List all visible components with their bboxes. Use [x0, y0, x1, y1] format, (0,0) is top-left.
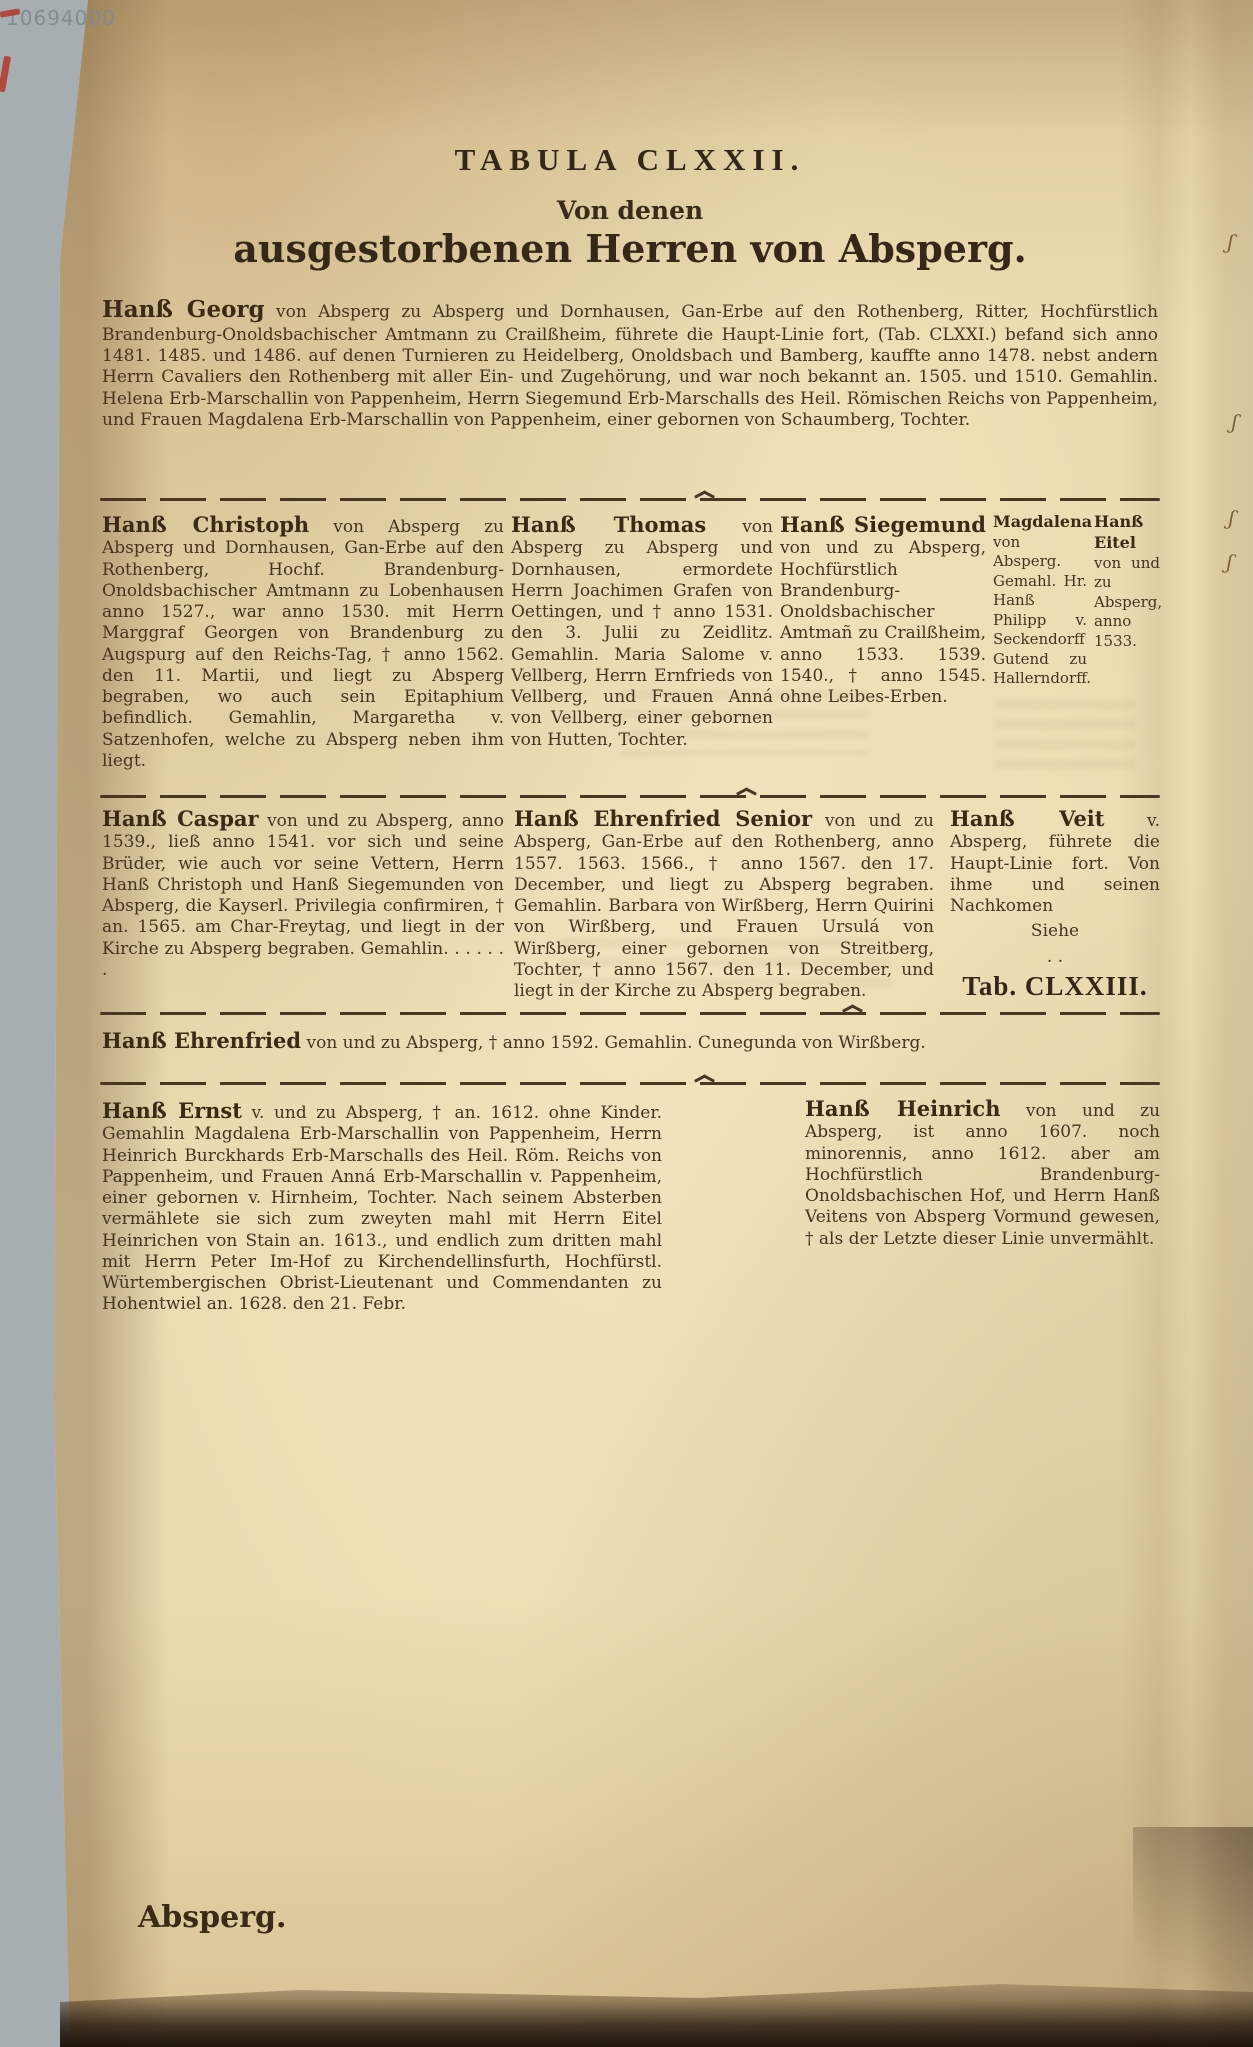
- table-reference: Tab. CLXXIII.: [950, 970, 1160, 1004]
- person-description: von und zu Absperg, Gan-Erbe auf den Rot…: [514, 811, 934, 1001]
- person-name: Hanß Caspar: [102, 806, 259, 831]
- person-name: Hanß Siegemund: [780, 512, 986, 537]
- person-name: Hanß Thomas: [511, 512, 706, 537]
- handwritten-margin-mark: ʃ: [1225, 550, 1234, 575]
- person-name: Hanß Ehrenfried Senior: [514, 806, 812, 831]
- genealogy-entry: Hanß Siegemund von und zu Absperg, Hochf…: [780, 512, 986, 772]
- genealogy-entry: Hanß Thomas von Absperg zu Absperg und D…: [511, 512, 773, 772]
- catchword: Absperg.: [138, 1900, 286, 1935]
- generation-row-1: Hanß Christoph von Absperg zu Absperg un…: [102, 512, 1160, 772]
- genealogy-entry: Hanß Eitel von und zu Absperg, anno 1533…: [1094, 512, 1160, 772]
- person-name: Magdalena: [993, 512, 1092, 531]
- person-name: Hanß Veit: [950, 806, 1105, 831]
- person-description: von und zu Absperg, anno 1539., ließ ann…: [102, 811, 504, 980]
- person-description: von Absperg zu Absperg und Dornhausen, G…: [102, 517, 504, 771]
- genealogy-entry: Magdalena von Absperg. Gemahl. Hr. Hanß …: [993, 512, 1087, 772]
- section-divider: [100, 498, 1160, 501]
- brace-caret-icon: [694, 489, 714, 499]
- page-title: TABULA CLXXII.: [102, 142, 1158, 178]
- generation-row-3: Hanß Ehrenfried von und zu Absperg, † an…: [102, 1028, 1160, 1054]
- person-name: Hanß Christoph: [102, 512, 309, 537]
- person-description: von Absperg zu Absperg und Dornhausen, e…: [511, 517, 773, 750]
- genealogy-entry: Hanß Christoph von Absperg zu Absperg un…: [102, 512, 504, 772]
- person-description: von und zu Absperg, anno 1533.: [1094, 554, 1162, 650]
- handwritten-margin-mark: ʃ: [1230, 410, 1239, 435]
- red-edge-mark: [0, 56, 11, 93]
- person-description: v. und zu Absperg, † an. 1612. ohne Kind…: [102, 1103, 662, 1314]
- generation-row-2: Hanß Caspar von und zu Absperg, anno 153…: [102, 806, 1160, 1004]
- intro-paragraph: Hanß Georg von Absperg zu Absperg und Do…: [102, 296, 1158, 431]
- section-divider: [100, 1012, 1160, 1015]
- section-divider: [100, 795, 1160, 798]
- brace-caret-icon: [694, 1073, 714, 1083]
- genealogy-entry: Hanß Heinrich von und zu Absperg, ist an…: [805, 1096, 1160, 1250]
- person-name: Hanß Ehrenfried: [102, 1028, 301, 1053]
- brace-caret-icon: [736, 786, 756, 796]
- reference-dots: . .: [950, 947, 1160, 968]
- handwritten-margin-mark: ʃ: [1226, 230, 1235, 255]
- page-heading: ausgestorbenen Herren von Absperg.: [102, 226, 1158, 271]
- person-description: von und zu Absperg, Hochfürstlich Brande…: [780, 538, 986, 707]
- paper-sheet: TABULA CLXXII. Von denen ausgestorbenen …: [0, 0, 1253, 2047]
- see-reference-label: Siehe: [950, 921, 1160, 942]
- genealogy-entry: Hanß Veit v. Absperg, führete die Haupt-…: [950, 806, 1160, 1004]
- section-divider: [100, 1082, 1160, 1085]
- person-name: Hanß Ernst: [102, 1098, 242, 1123]
- watermark-number: 10694000: [6, 6, 116, 30]
- person-description: von und zu Absperg, ist anno 1607. noch …: [805, 1101, 1160, 1249]
- person-name: Hanß Eitel: [1094, 512, 1143, 552]
- scanned-page: 10694000 TABULA CLXXII. Von denen ausges…: [0, 0, 1253, 2047]
- person-description: von und zu Absperg, † anno 1592. Gemahli…: [306, 1033, 925, 1053]
- person-description: von Absperg. Gemahl. Hr. Hanß Philipp v.…: [993, 533, 1091, 688]
- genealogy-entry: Hanß Caspar von und zu Absperg, anno 153…: [102, 806, 504, 1004]
- genealogy-entry: Hanß Ernst v. und zu Absperg, † an. 1612…: [102, 1098, 662, 1316]
- handwritten-margin-mark: ʃ: [1227, 506, 1236, 531]
- genealogy-entry: Hanß Ehrenfried Senior von und zu Absper…: [514, 806, 934, 1004]
- person-name: Hanß Georg: [102, 296, 265, 323]
- brace-caret-icon: [842, 1003, 862, 1013]
- person-name: Hanß Heinrich: [805, 1096, 1000, 1121]
- page-subtitle: Von denen: [102, 196, 1158, 225]
